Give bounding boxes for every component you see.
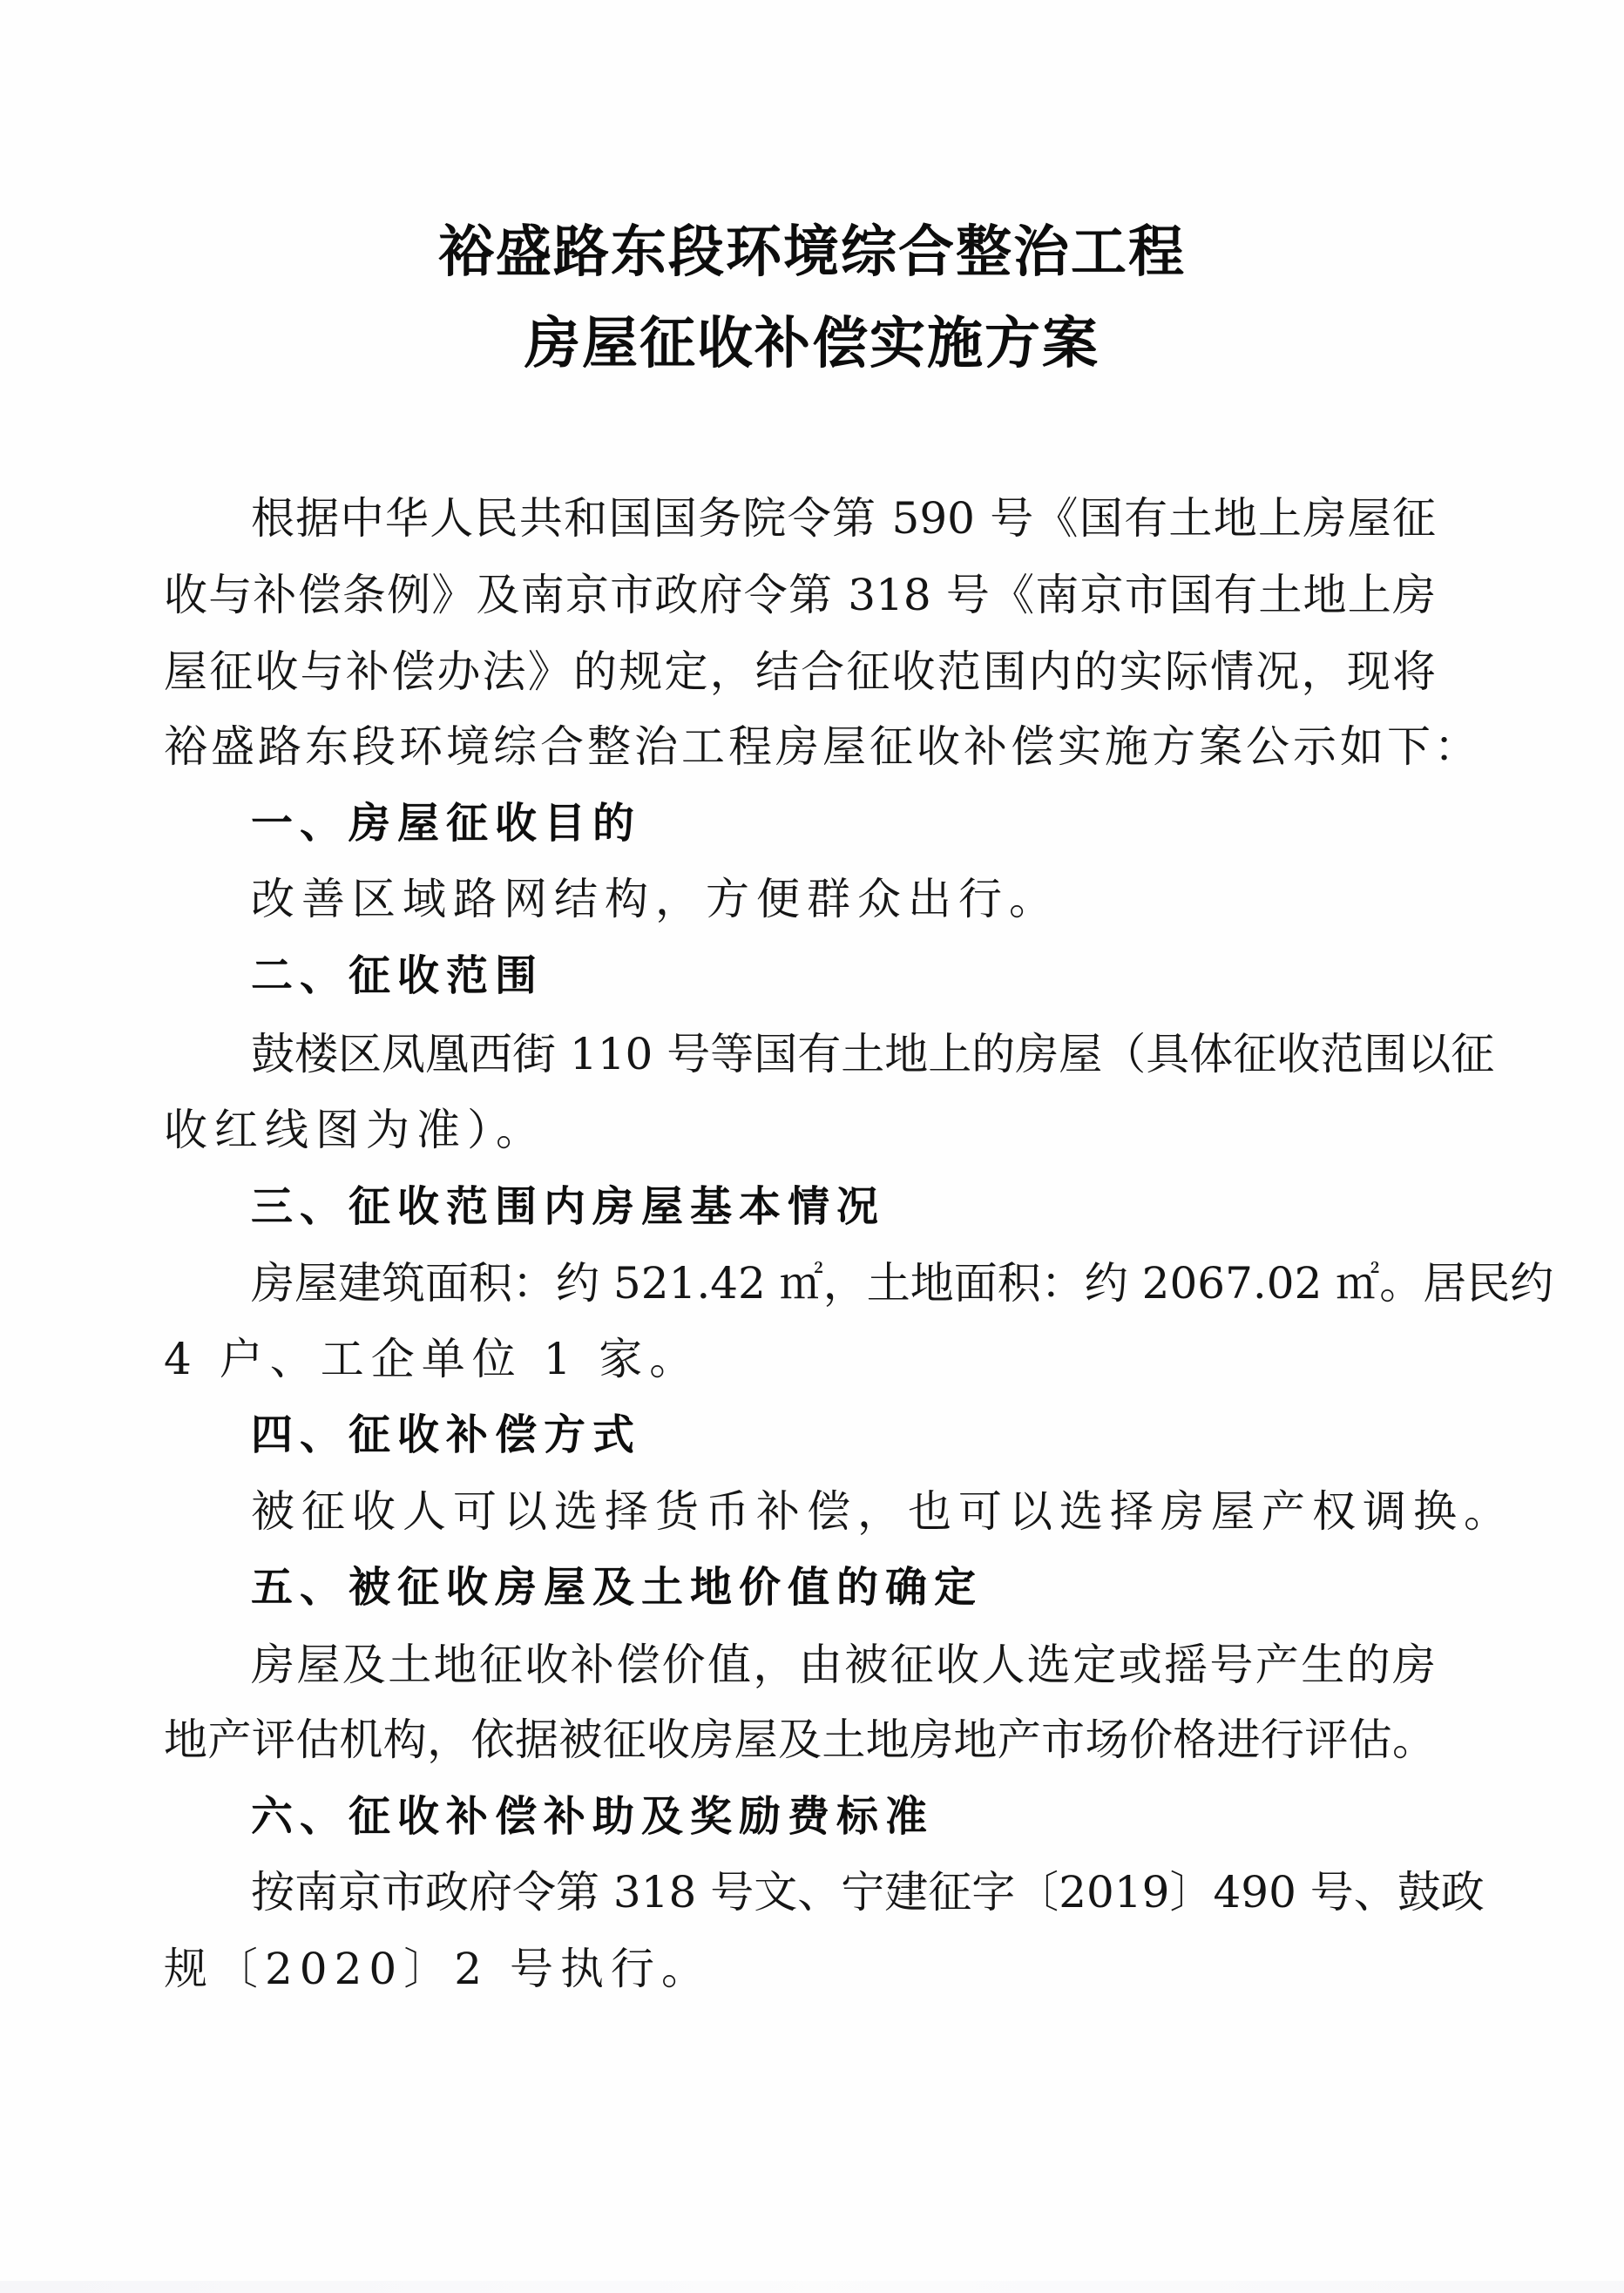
section-2-line-2: 收红线图为准）。: [164, 1099, 546, 1160]
intro-line-4: 裕盛路东段环境综合整治工程房屋征收补偿实施方案公示如下：: [164, 716, 1436, 777]
section-3-line-1: 房屋建筑面积：约 521.42 ㎡，土地面积：约 2067.02 ㎡。居民约: [251, 1253, 1436, 1314]
section-2-line-1: 鼓楼区凤凰西街 110 号等国有土地上的房屋（具体征收范围以征: [251, 1024, 1436, 1085]
document-title-line-2: 房屋征收补偿实施方案: [0, 309, 1624, 379]
intro-line-1: 根据中华人民共和国国务院令第 590 号《国有土地上房屋征: [251, 488, 1436, 549]
section-3-heading: 三、征收范围内房屋基本情况: [251, 1176, 885, 1237]
section-3-line-2: 4 户、工企单位 1 家。: [164, 1329, 700, 1390]
section-5-line-2: 地产评估机构，依据被征收房屋及土地房地产市场价格进行评估。: [164, 1709, 1436, 1770]
section-1-heading: 一、房屋征收目的: [251, 793, 641, 854]
intro-line-2: 收与补偿条例》及南京市政府令第 318 号《南京市国有土地上房: [164, 565, 1436, 626]
section-4-line-1: 被征收人可以选择货币补偿，也可以选择房屋产权调换。: [251, 1481, 1514, 1542]
section-2-heading: 二、征收范围: [251, 945, 544, 1006]
section-1-line-1: 改善区域路网结构，方便群众出行。: [251, 869, 1059, 930]
scan-edge-noise: [0, 2281, 1624, 2293]
section-5-line-1: 房屋及土地征收补偿价值，由被征收人选定或摇号产生的房: [251, 1634, 1436, 1695]
section-6-line-1: 按南京市政府令第 318 号文、宁建征字〔2019〕490 号、鼓政: [251, 1862, 1410, 1923]
document-title-line-1: 裕盛路东段环境综合整治工程: [0, 218, 1624, 287]
intro-line-3: 屋征收与补偿办法》的规定，结合征收范围内的实际情况，现将: [164, 641, 1436, 702]
section-6-heading: 六、征收补偿补助及奖励费标准: [251, 1786, 934, 1847]
section-4-heading: 四、征收补偿方式: [251, 1404, 641, 1465]
section-5-heading: 五、被征收房屋及土地价值的确定: [251, 1557, 983, 1618]
section-6-line-2: 规〔2020〕2 号执行。: [164, 1938, 712, 1999]
document-page: 裕盛路东段环境综合整治工程 房屋征收补偿实施方案 根据中华人民共和国国务院令第 …: [0, 0, 1624, 2293]
